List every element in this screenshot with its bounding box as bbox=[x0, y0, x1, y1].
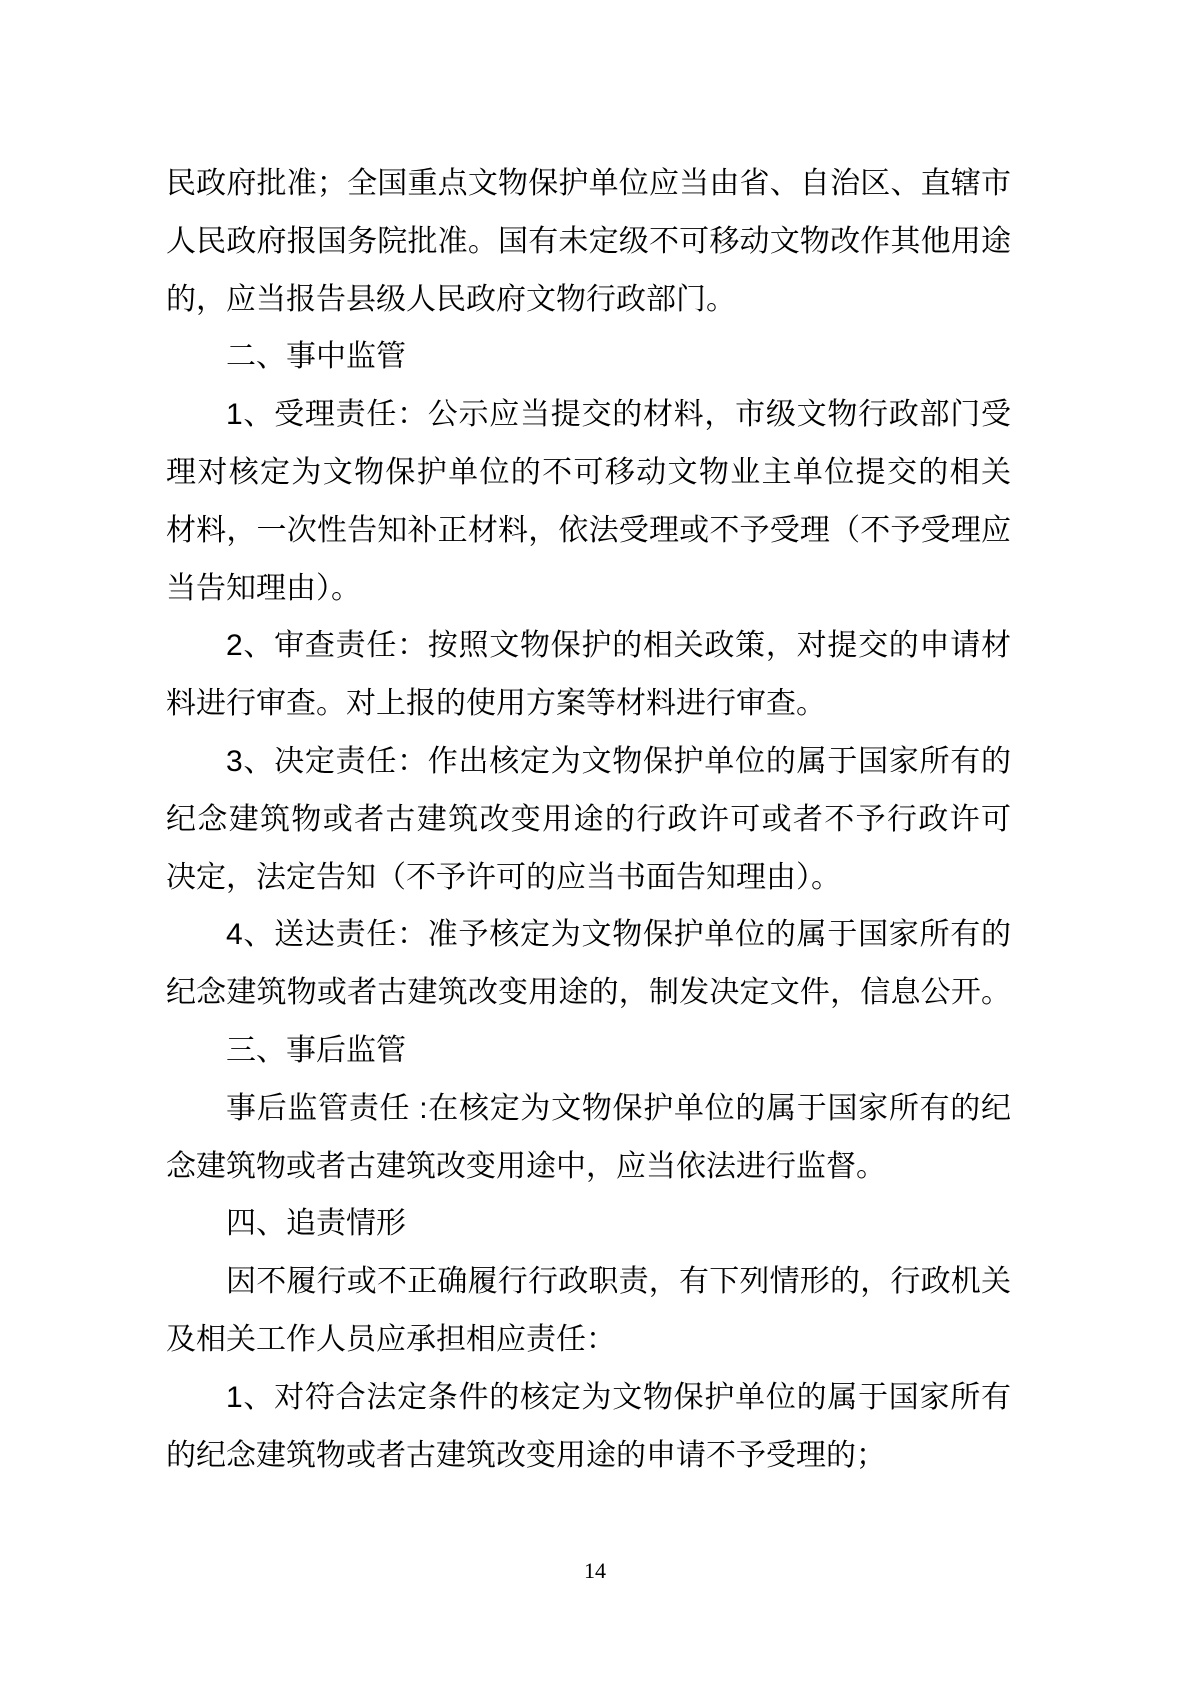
text-line: 4、送达责任：准予核定为文物保护单位的属于国家所有的 bbox=[166, 906, 1011, 964]
heading-line: 四、追责情形 bbox=[166, 1195, 1011, 1253]
document-page: 民政府批准；全国重点文物保护单位应当由省、自治区、直辖市人民政府报国务院批准。国… bbox=[0, 0, 1190, 1683]
text-line: 决定，法定告知（不予许可的应当书面告知理由）。 bbox=[166, 849, 1011, 907]
heading-section-4-accountability-situations: 四、追责情形 bbox=[166, 1195, 1011, 1253]
heading-line: 二、事中监管 bbox=[166, 328, 1011, 386]
text-line: 1、对符合法定条件的核定为文物保护单位的属于国家所有 bbox=[166, 1369, 1011, 1427]
text-line: 3、决定责任：作出核定为文物保护单位的属于国家所有的 bbox=[166, 733, 1011, 791]
text-line: 的，应当报告县级人民政府文物行政部门。 bbox=[166, 271, 1011, 329]
heading-section-2-in-process-supervision: 二、事中监管 bbox=[166, 328, 1011, 386]
heading-line: 三、事后监管 bbox=[166, 1022, 1011, 1080]
paragraph-item-2-review-duty: 2、审查责任：按照文物保护的相关政策，对提交的申请材料进行审查。对上报的使用方案… bbox=[166, 617, 1011, 733]
text-line: 纪念建筑物或者古建筑改变用途的行政许可或者不予行政许可 bbox=[166, 791, 1011, 849]
paragraph-accountability-intro: 因不履行或不正确履行行政职责，有下列情形的，行政机关及相关工作人员应承担相应责任… bbox=[166, 1253, 1011, 1369]
text-line: 事后监管责任 :在核定为文物保护单位的属于国家所有的纪 bbox=[166, 1080, 1011, 1138]
text-line: 2、审查责任：按照文物保护的相关政策，对提交的申请材 bbox=[166, 617, 1011, 675]
text-line: 及相关工作人员应承担相应责任： bbox=[166, 1311, 1011, 1369]
text-line: 人民政府报国务院批准。国有未定级不可移动文物改作其他用途 bbox=[166, 213, 1011, 271]
text-line: 料进行审查。对上报的使用方案等材料进行审查。 bbox=[166, 675, 1011, 733]
text-line: 的纪念建筑物或者古建筑改变用途的申请不予受理的； bbox=[166, 1427, 1011, 1485]
text-line: 民政府批准；全国重点文物保护单位应当由省、自治区、直辖市 bbox=[166, 155, 1011, 213]
paragraph-item-3-decision-duty: 3、决定责任：作出核定为文物保护单位的属于国家所有的纪念建筑物或者古建筑改变用途… bbox=[166, 733, 1011, 906]
paragraph-item-1-acceptance-duty: 1、受理责任：公示应当提交的材料，市级文物行政部门受理对核定为文物保护单位的不可… bbox=[166, 386, 1011, 617]
page-number: 14 bbox=[0, 1558, 1190, 1584]
text-line: 因不履行或不正确履行行政职责，有下列情形的，行政机关 bbox=[166, 1253, 1011, 1311]
paragraph-item-4-delivery-duty: 4、送达责任：准予核定为文物保护单位的属于国家所有的纪念建筑物或者古建筑改变用途… bbox=[166, 906, 1011, 1022]
paragraph-continuation-approval: 民政府批准；全国重点文物保护单位应当由省、自治区、直辖市人民政府报国务院批准。国… bbox=[166, 155, 1011, 328]
text-line: 材料，一次性告知补正材料，依法受理或不予受理（不予受理应 bbox=[166, 502, 1011, 560]
heading-section-3-post-supervision: 三、事后监管 bbox=[166, 1022, 1011, 1080]
text-block: 民政府批准；全国重点文物保护单位应当由省、自治区、直辖市人民政府报国务院批准。国… bbox=[166, 155, 1011, 1484]
text-line: 1、受理责任：公示应当提交的材料，市级文物行政部门受 bbox=[166, 386, 1011, 444]
text-line: 纪念建筑物或者古建筑改变用途的，制发决定文件，信息公开。 bbox=[166, 964, 1011, 1022]
paragraph-accountability-item-1: 1、对符合法定条件的核定为文物保护单位的属于国家所有的纪念建筑物或者古建筑改变用… bbox=[166, 1369, 1011, 1485]
text-line: 当告知理由）。 bbox=[166, 560, 1011, 618]
paragraph-post-supervision-duty: 事后监管责任 :在核定为文物保护单位的属于国家所有的纪念建筑物或者古建筑改变用途… bbox=[166, 1080, 1011, 1196]
text-line: 念建筑物或者古建筑改变用途中，应当依法进行监督。 bbox=[166, 1138, 1011, 1196]
text-line: 理对核定为文物保护单位的不可移动文物业主单位提交的相关 bbox=[166, 444, 1011, 502]
